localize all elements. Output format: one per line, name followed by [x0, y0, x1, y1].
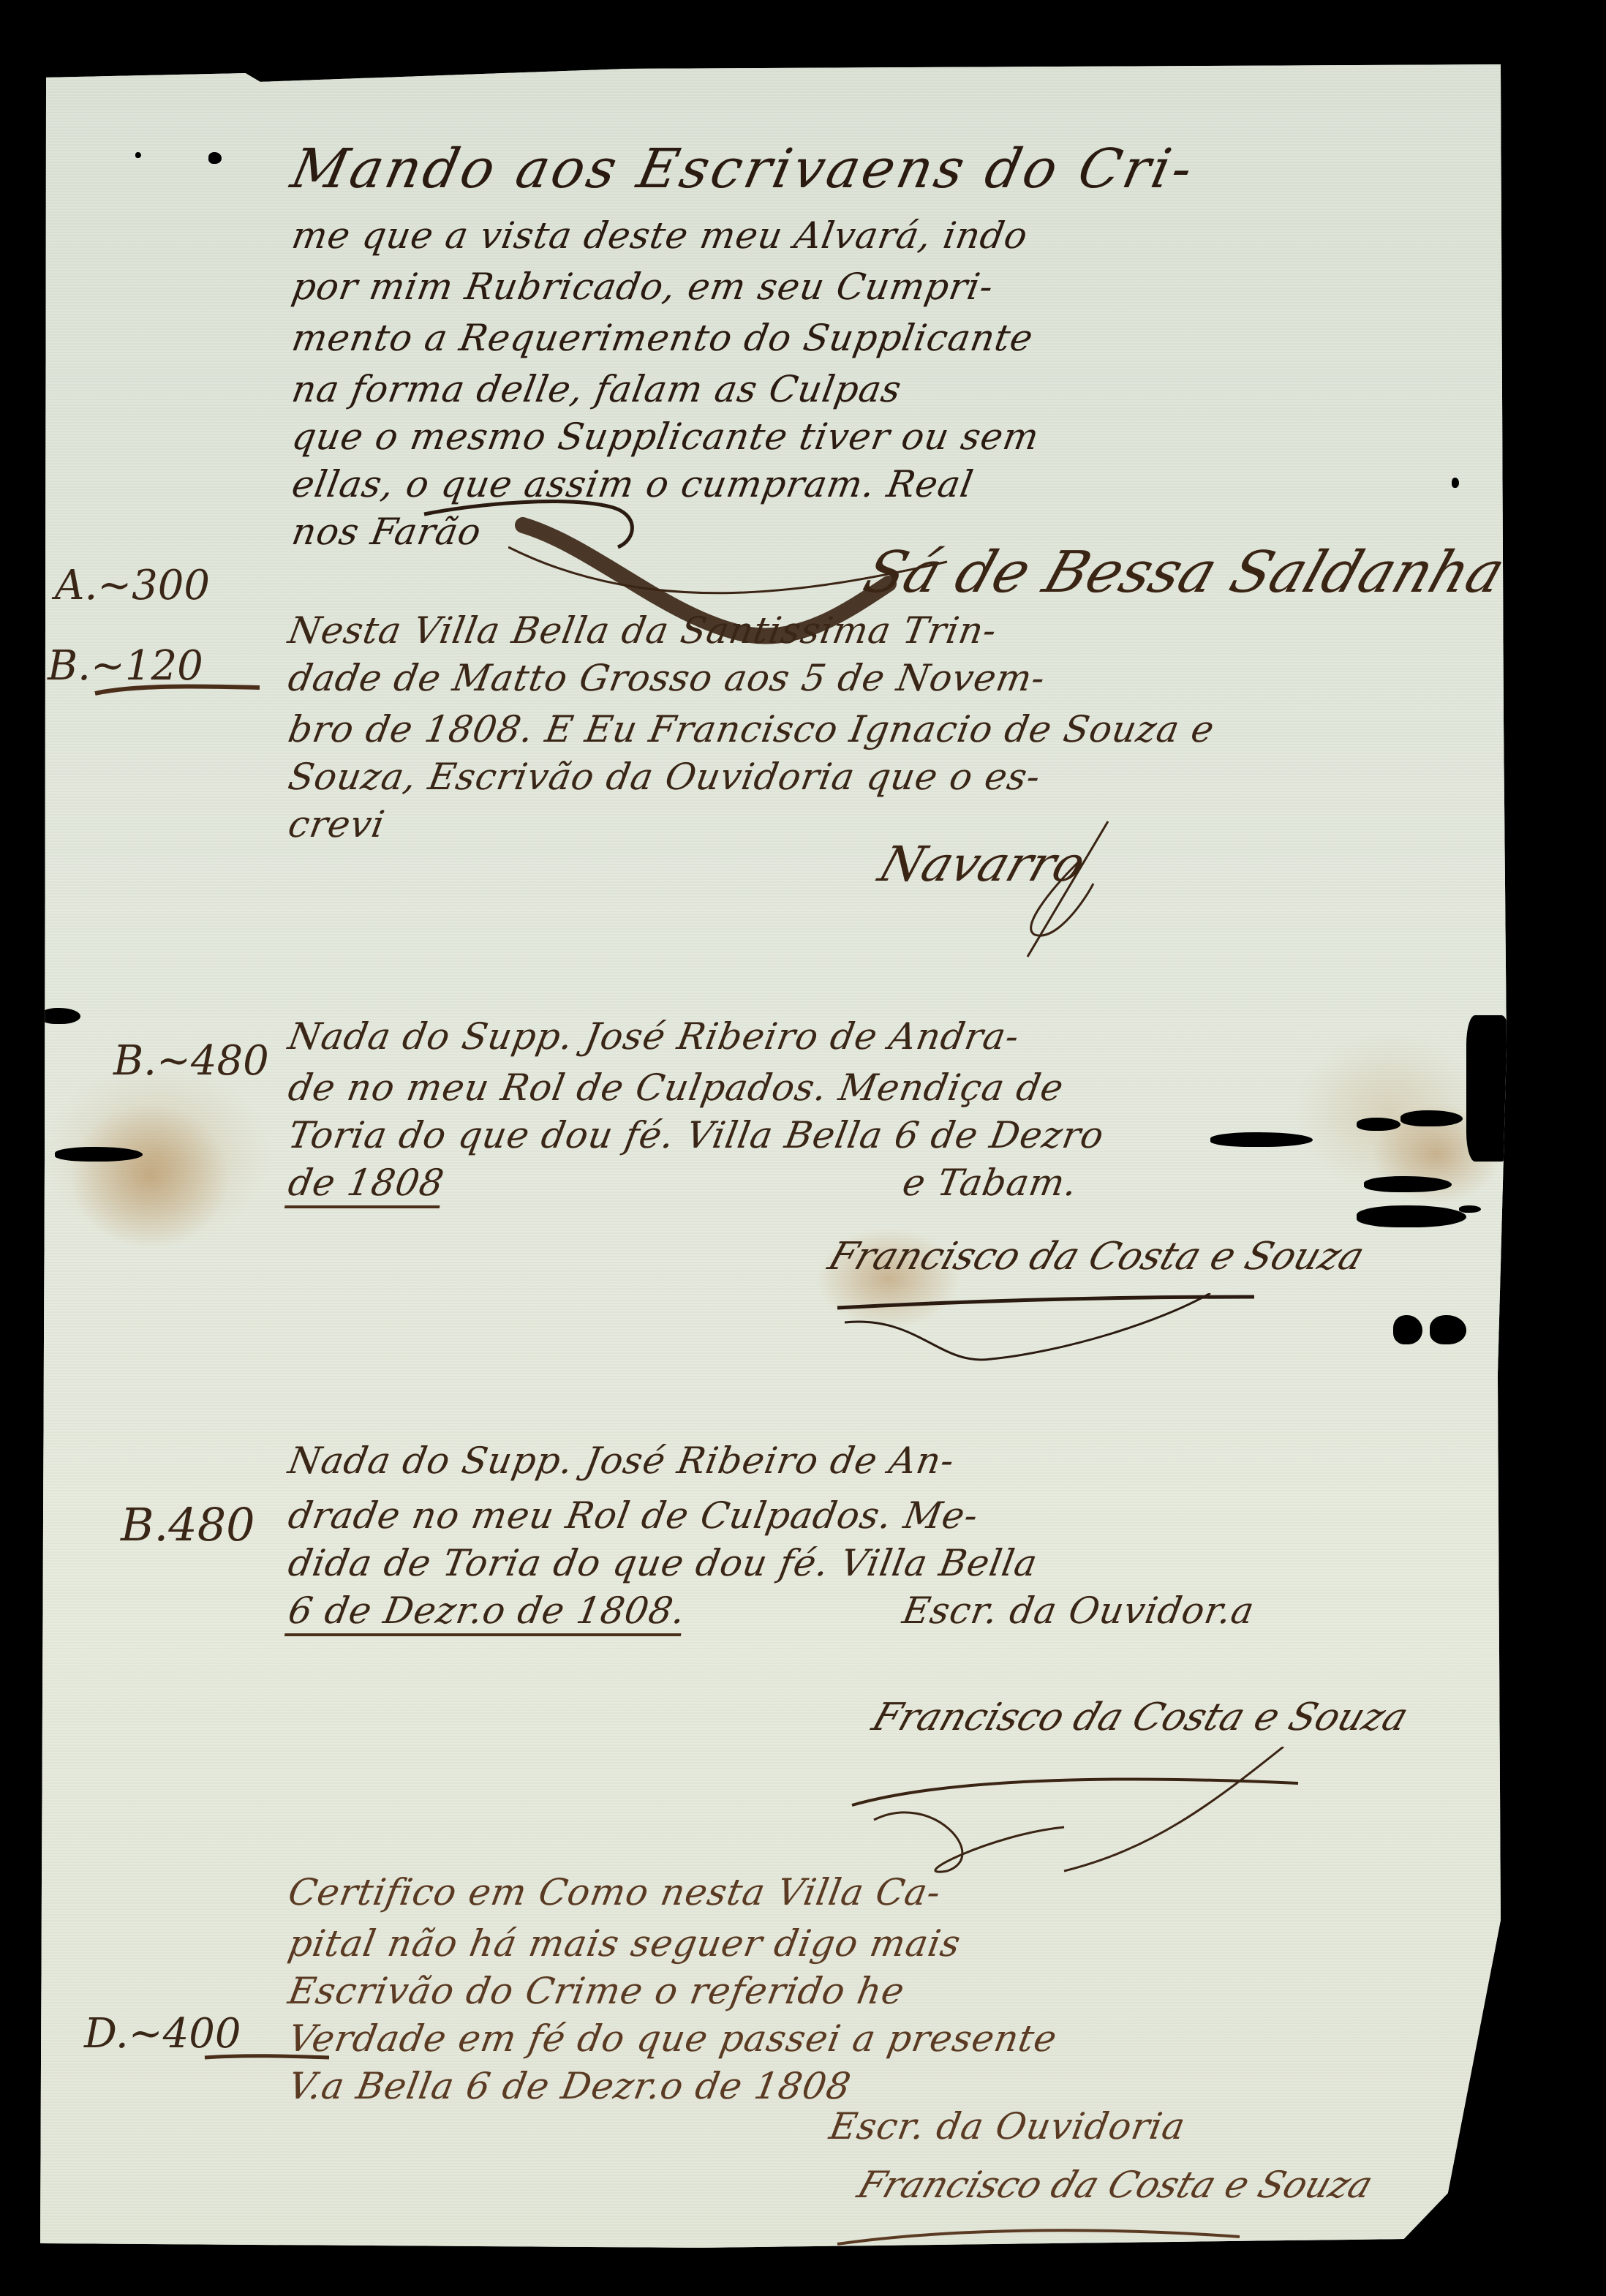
signature-costa-e-souza: Francisco da Costa e Souza: [867, 1695, 1413, 1739]
body-line: Verdade em fé do que passei a presente: [285, 2017, 1060, 2060]
body-line: Nada do Supp. José Ribeiro de An-: [285, 1439, 958, 1482]
body-line: Nesta Villa Bella da Santissima Trin-: [285, 609, 1000, 652]
worm-hole: [55, 1147, 143, 1162]
margin-note-fee: B.~480: [113, 1037, 269, 1085]
signature-top: Sá de Bessa Saldanha: [856, 540, 1512, 606]
signature-costa-e-souza: Francisco da Costa e Souza: [823, 1235, 1369, 1279]
body-line: de no meu Rol de Culpados. Mendiça de: [285, 1066, 1067, 1109]
official-title: Escr. da Ouvidoria: [826, 2105, 1189, 2148]
body-line: nos Farão: [289, 511, 485, 553]
body-line: dade de Matto Grosso aos 5 de Novem-: [285, 657, 1049, 699]
worm-hole: [1357, 1205, 1466, 1227]
worm-hole: [1357, 1118, 1400, 1131]
worm-hole: [1393, 1315, 1422, 1344]
worm-hole: [208, 152, 222, 164]
worm-hole: [1459, 1205, 1481, 1213]
signature-navarro: Navarro: [872, 836, 1093, 892]
manuscript-page: Mando aos Escrivaens do Cri- me que a vi…: [40, 64, 1507, 2248]
margin-note-fee: D.~400: [84, 2010, 241, 2058]
body-line: Nada do Supp. José Ribeiro de Andra-: [285, 1015, 1023, 1058]
signature-flourish: [830, 2200, 1269, 2266]
worm-hole: [135, 152, 141, 158]
body-line: pital não há mais seguer digo mais: [285, 1922, 964, 1965]
body-line: crevi: [285, 803, 388, 846]
attestation-line: e Tabam.: [900, 1162, 1081, 1204]
body-line: Certifico em Como nesta Villa Ca-: [285, 1871, 944, 1913]
body-line: bro de 1808. E Eu Francisco Ignacio de S…: [285, 708, 1218, 750]
body-line: Escrivão do Crime o referido he: [285, 1970, 908, 2012]
worm-hole: [1210, 1132, 1313, 1147]
body-line-text: Nada do Supp. José Ribeiro de Andra-: [285, 1015, 1023, 1058]
date-year: de 1808: [284, 1162, 448, 1208]
body-line: ellas, o que assim o cumpram. Real: [289, 463, 977, 505]
signature-costa-e-souza: Francisco da Costa e Souza: [853, 2164, 1379, 2206]
body-line: dida de Toria do que dou fé. Villa Bella: [285, 1542, 1041, 1584]
official-title-text: Escr. da Ouvidor.a: [900, 1589, 1258, 1632]
body-line: por mim Rubricado, em seu Cumpri-: [289, 266, 997, 308]
body-line: Toria do que dou fé. Villa Bella 6 de De…: [285, 1114, 1107, 1156]
worm-hole: [1466, 1015, 1510, 1162]
water-stain: [69, 1103, 230, 1249]
margin-note-fee: B.~120: [48, 642, 203, 690]
body-line: na forma delle, falam as Culpas: [289, 368, 905, 410]
worm-hole: [1400, 1110, 1463, 1126]
body-line: de 1808: [285, 1162, 448, 1204]
official-title: Escr. da Ouvidor.a: [900, 1589, 1258, 1632]
body-line: V.a Bella 6 de Dezr.o de 1808: [285, 2065, 854, 2107]
signature-flourish: [845, 1747, 1313, 1878]
body-line: 6 de Dezr.o de 1808.: [285, 1589, 689, 1632]
worm-hole: [1430, 1315, 1466, 1344]
worm-hole: [1364, 1176, 1452, 1192]
body-line: que o mesmo Supplicante tiver ou sem: [289, 415, 1043, 458]
worm-hole: [1452, 478, 1459, 488]
margin-note-fee: B.480: [121, 1498, 255, 1551]
body-line: me que a vista deste meu Alvará, indo: [289, 214, 1031, 257]
body-line: mento a Requerimento do Supplicante: [289, 317, 1037, 359]
worm-hole: [40, 1008, 80, 1024]
body-line: Souza, Escrivão da Ouvidoria que o es-: [285, 756, 1044, 798]
body-line: drade no meu Rol de Culpados. Me-: [285, 1494, 981, 1537]
margin-note-fee: A.~300: [55, 562, 210, 609]
date-line: 6 de Dezr.o de 1808.: [284, 1589, 689, 1636]
heading-line: Mando aos Escrivaens do Cri-: [286, 138, 1201, 200]
